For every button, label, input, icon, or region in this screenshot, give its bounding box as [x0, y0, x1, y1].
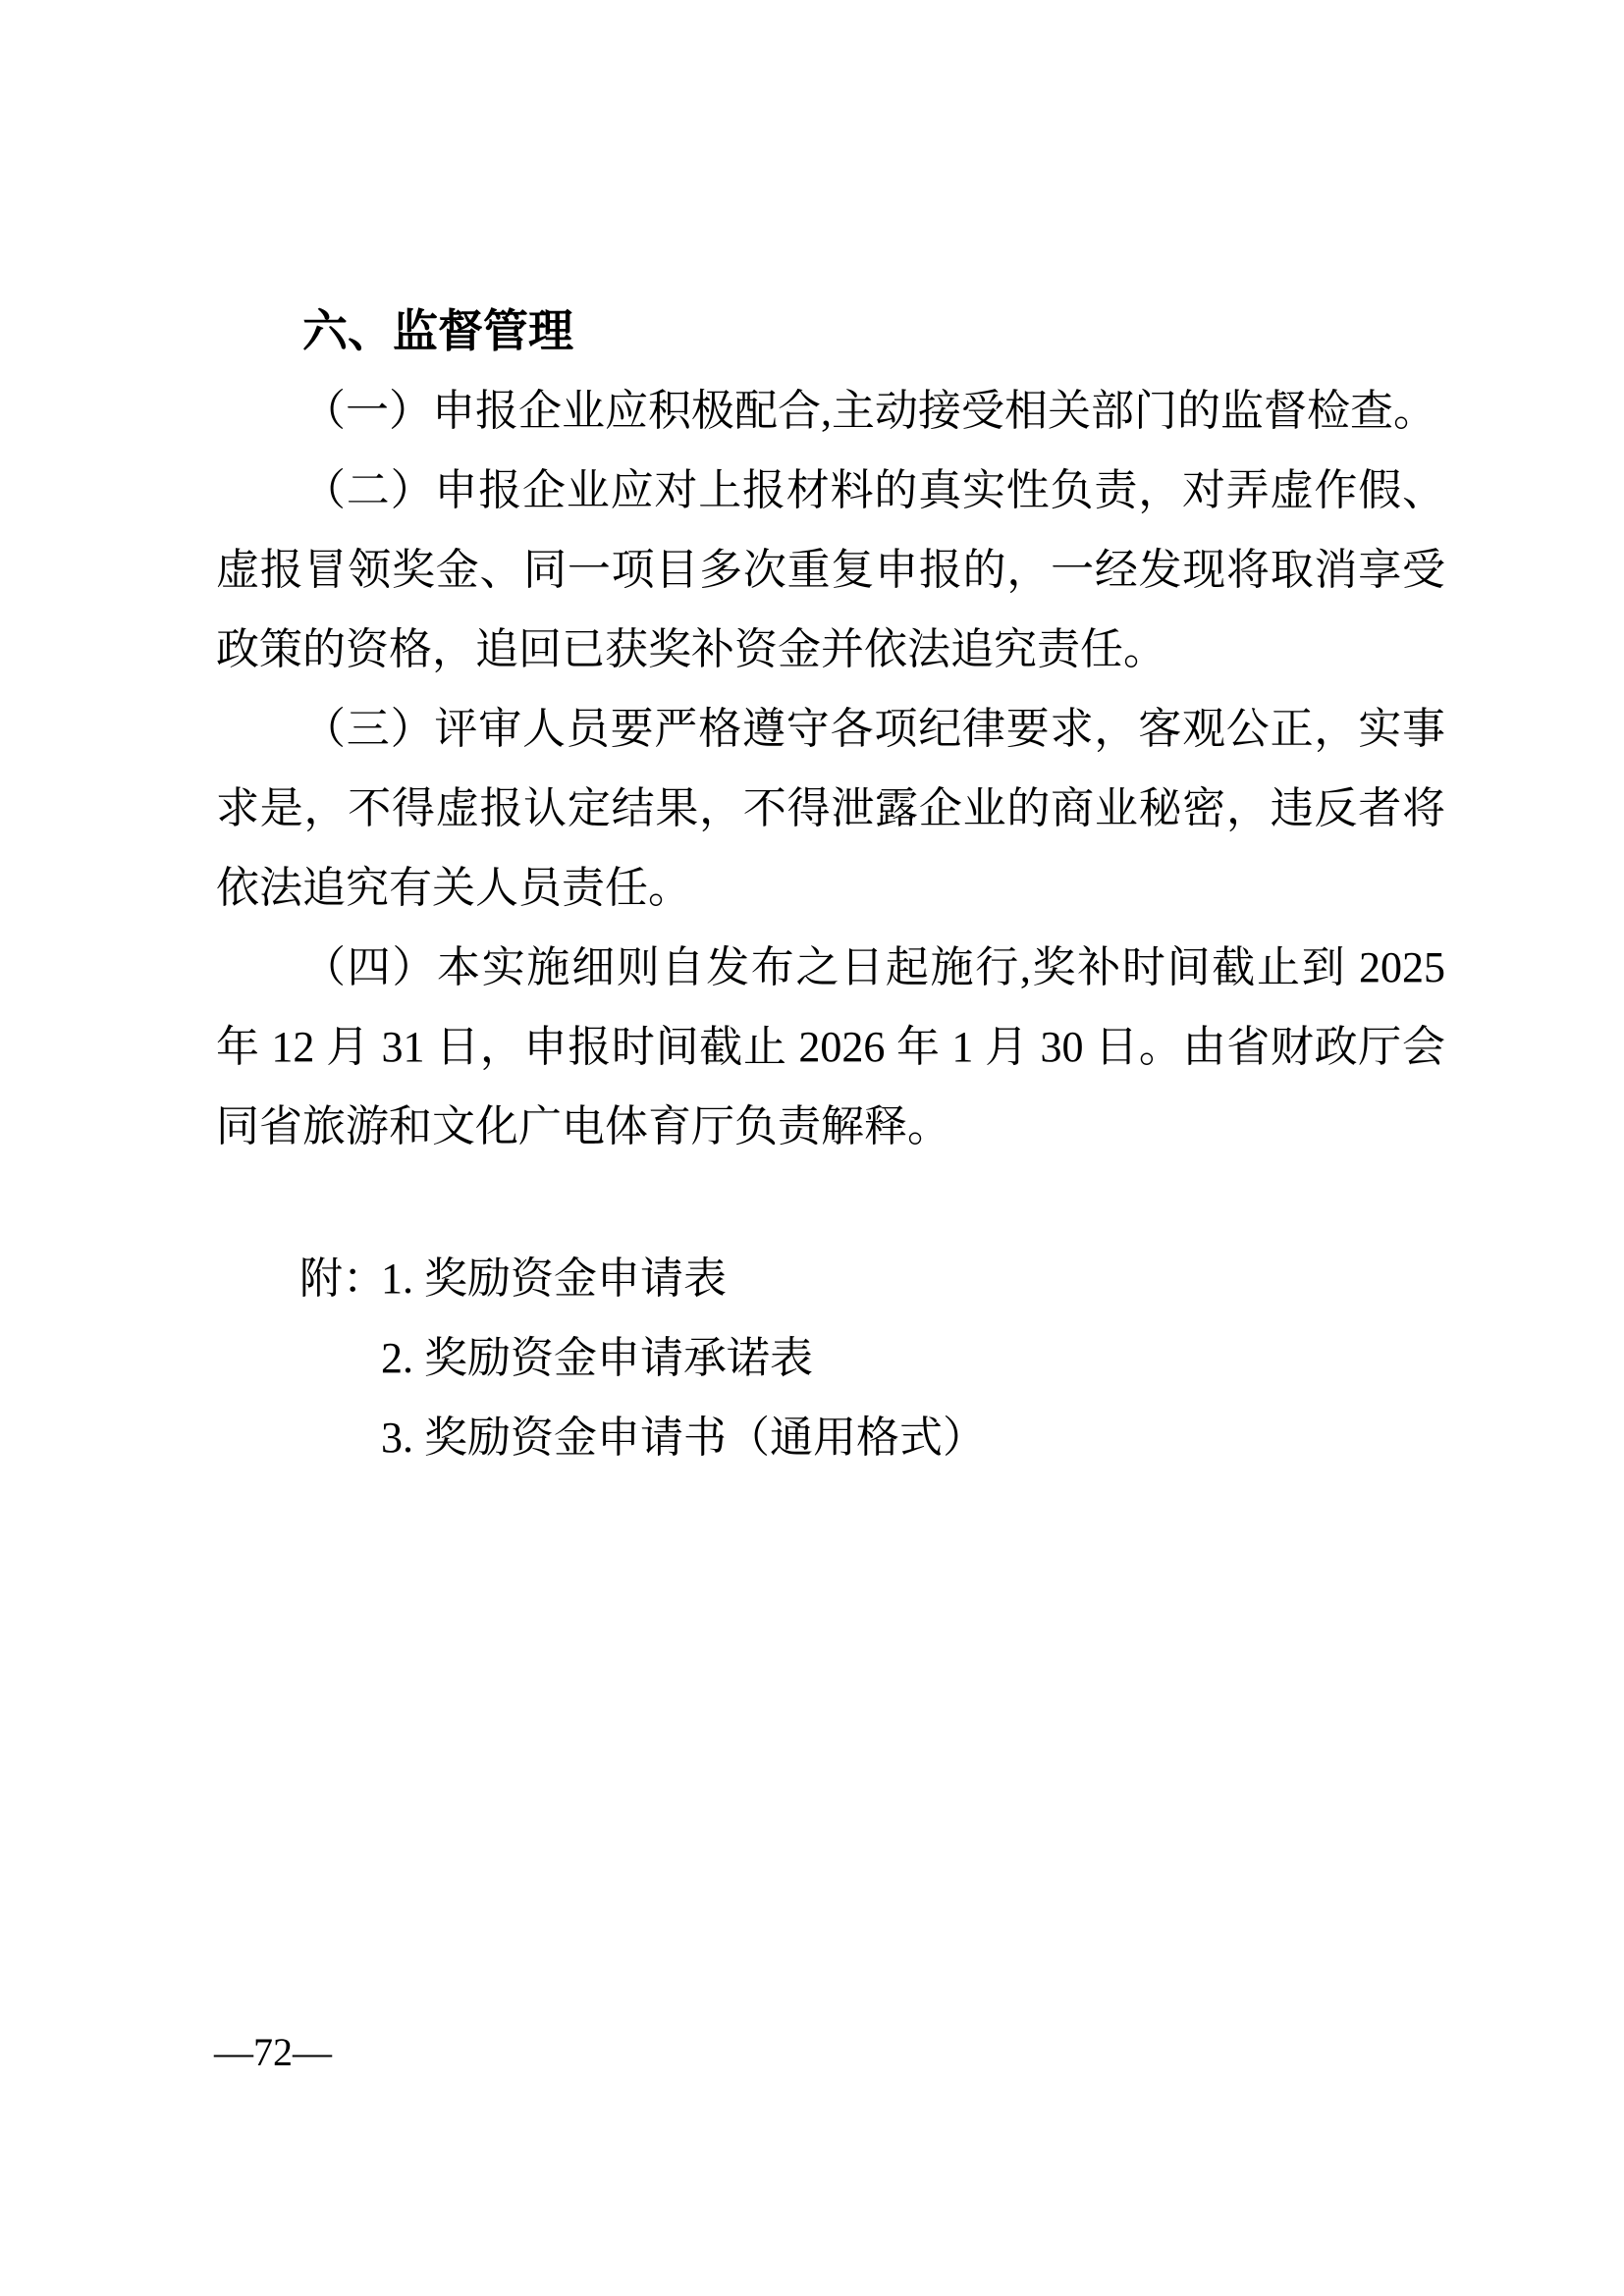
- page-number: —72—: [214, 2032, 332, 2073]
- attachment-item-1: 1. 奖励资金申请表: [381, 1255, 727, 1303]
- section-heading: 六、监督管理: [216, 292, 1445, 371]
- attachment-row-3: 3. 奖励资金申请书（通用格式）: [216, 1398, 1445, 1477]
- paragraph-2: （二）申报企业应对上报材料的真实性负责，对弄虚作假、虚报冒领奖金、同一项目多次重…: [216, 451, 1445, 689]
- attachment-row-2: 2. 奖励资金申请承诺表: [216, 1318, 1445, 1398]
- paragraph-4: （四）本实施细则自发布之日起施行,奖补时间截止到 2025 年 12 月 31 …: [216, 928, 1445, 1166]
- paragraph-1: （一）申报企业应积极配合,主动接受相关部门的监督检查。: [216, 371, 1445, 451]
- attachment-item-3: 3. 奖励资金申请书（通用格式）: [381, 1414, 986, 1462]
- document-body: 六、监督管理 （一）申报企业应积极配合,主动接受相关部门的监督检查。 （二）申报…: [216, 292, 1445, 1477]
- attachment-list: 附： 1. 奖励资金申请表 2. 奖励资金申请承诺表 3. 奖励资金申请书（通用…: [216, 1239, 1445, 1477]
- attachment-item-2: 2. 奖励资金申请承诺表: [381, 1334, 813, 1382]
- attachment-label: 附：: [299, 1239, 386, 1318]
- paragraph-3: （三）评审人员要严格遵守各项纪律要求，客观公正，实事求是，不得虚报认定结果，不得…: [216, 689, 1445, 928]
- document-page: 六、监督管理 （一）申报企业应积极配合,主动接受相关部门的监督检查。 （二）申报…: [0, 0, 1624, 2296]
- attachment-row-1: 附： 1. 奖励资金申请表: [216, 1239, 1445, 1318]
